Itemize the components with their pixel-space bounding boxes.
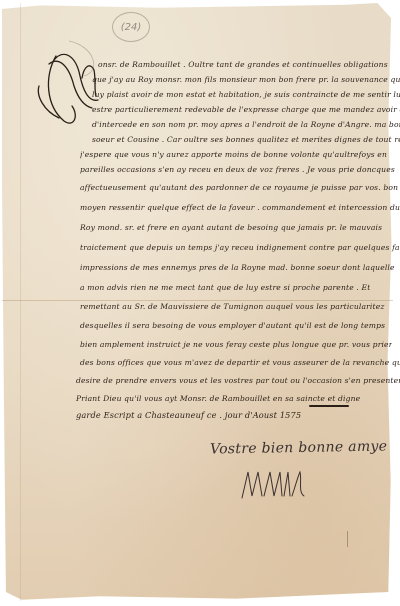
body-line: Priant Dieu qu'il vous ayt Monsr. de Ram… [76,394,360,403]
signature-marie [238,466,308,502]
horizontal-fold-line [2,300,393,301]
body-line: luy plaist avoir de mon estat et habitat… [92,90,400,99]
pencil-annotation: (24) [112,12,150,42]
body-line: a mon advis rien ne me mect tant que de … [80,283,370,292]
closing-text: Vostre bien bonne amye [210,438,388,457]
body-line: pareilles occasions s'en ay receu en deu… [80,165,395,174]
body-line: desire de prendre envers vous et les vos… [76,376,400,385]
body-line: traictement que depuis un temps j'ay rec… [80,243,400,252]
body-line: d'intercede en son nom pr. moy apres a l… [92,120,400,129]
closing-salutation: Vostre bien bonne amye [210,438,388,457]
body-line: impressions de mes ennemys pres de la Ro… [80,263,395,272]
body-line: des bons offices que vous m'avez de depa… [80,358,400,367]
body-line: j'espere que vous n'y aurez apporte moin… [80,150,387,159]
body-line: onsr. de Rambouillet . Oultre tant de gr… [98,60,388,69]
body-line: Roy mond. sr. et frere en ayant autant d… [80,223,382,232]
body-line: bien amplement instruict je ne vous fera… [80,340,392,349]
body-line: que j'ay au Roy monsr. mon fils monsieur… [92,75,400,84]
body-line: estre particulierement redevable de l'ex… [92,105,400,114]
body-line: moyen ressentir quelque effect de la fav… [80,203,400,212]
date-underline [309,405,349,407]
body-line: desquelles il sera besoing de vous emplo… [80,321,385,330]
body-line: affectueusement qu'autant des pardonner … [80,183,398,192]
body-line: soeur et Cousine . Car oultre ses bonnes… [92,135,400,144]
vertical-fold-line [20,3,21,601]
ink-mark [347,531,348,547]
body-line-dateline: garde Escript a Chasteauneuf ce . jour d… [76,410,301,420]
body-line: remettant au Sr. de Mauvissiere de Tumig… [80,302,385,311]
